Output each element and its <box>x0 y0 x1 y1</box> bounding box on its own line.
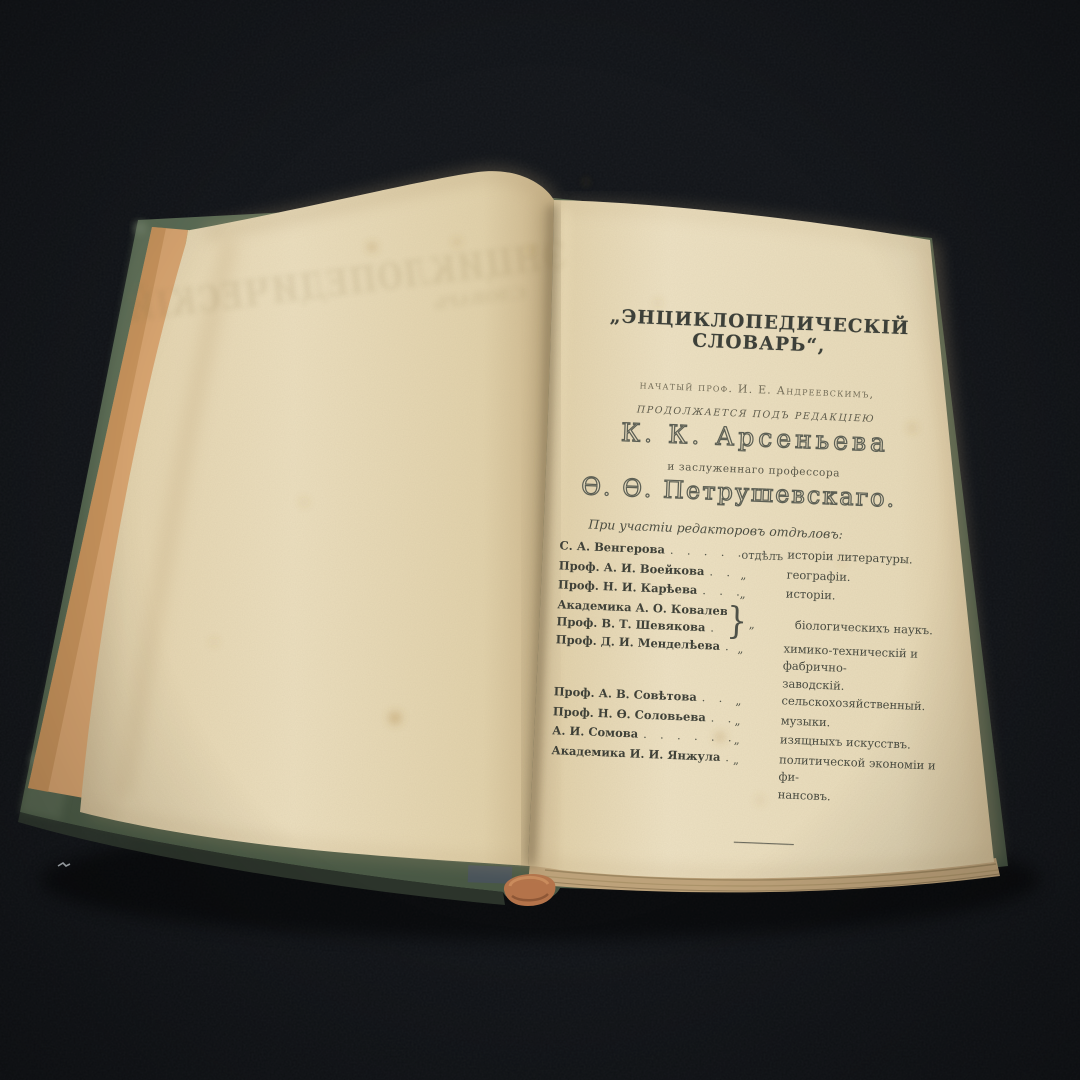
ditto-mark: „ <box>734 710 771 731</box>
editor-name: Проф. Н. И. Карѣева <box>558 577 698 597</box>
ditto-mark: „ <box>734 730 771 751</box>
ditto-mark: „ <box>735 691 772 712</box>
department-word: отдѣлъ <box>741 545 778 566</box>
dot-leader: . . . <box>697 583 740 599</box>
editor-name: А. И. Сомова <box>552 723 639 740</box>
ditto-mark: „ <box>749 614 786 635</box>
department-name: химико-техническій и фабрично- заводскій… <box>782 640 952 699</box>
dot-leader: . . . <box>705 620 727 636</box>
photo-of-open-book: ЭНЦИКЛОПЕДИЧЕСКІЙ СЛОВАРЬ „ЭНЦИКЛОПЕДИЧЕ… <box>0 0 1080 1080</box>
dot-leader: . . . . . <box>665 543 742 560</box>
title-page-text: „ЭНЦИКЛОПЕДИЧЕСКІЙ СЛОВАРЬ“, начатый про… <box>534 286 966 851</box>
editor-name: Проф. А. В. Совѣтова <box>553 684 697 704</box>
started-by-line: начатый проф. И. Е. Андреевскимъ, <box>552 375 962 404</box>
ditto-mark: „ <box>733 749 770 770</box>
dot-leader: . . . . . . <box>638 727 734 745</box>
ditto-mark: „ <box>740 564 777 585</box>
dot-leader: . . <box>720 749 733 764</box>
editors-list: С. А. Венгерова. . . . . отдѣлъ исторіи … <box>536 537 956 810</box>
dot-leader: . . . <box>704 564 741 580</box>
book-title: „ЭНЦИКЛОПЕДИЧЕСКІЙ СЛОВАРЬ“, <box>554 304 965 362</box>
dot-leader: . . . <box>706 710 736 726</box>
department-name: политической экономіи и фи- нансовъ. <box>777 751 947 810</box>
editor-name: С. А. Венгерова <box>559 538 665 556</box>
grouping-brace: } <box>726 602 748 640</box>
dot-leader: . . . <box>697 690 736 706</box>
department-name: біологическихъ наукъ. <box>795 617 953 641</box>
